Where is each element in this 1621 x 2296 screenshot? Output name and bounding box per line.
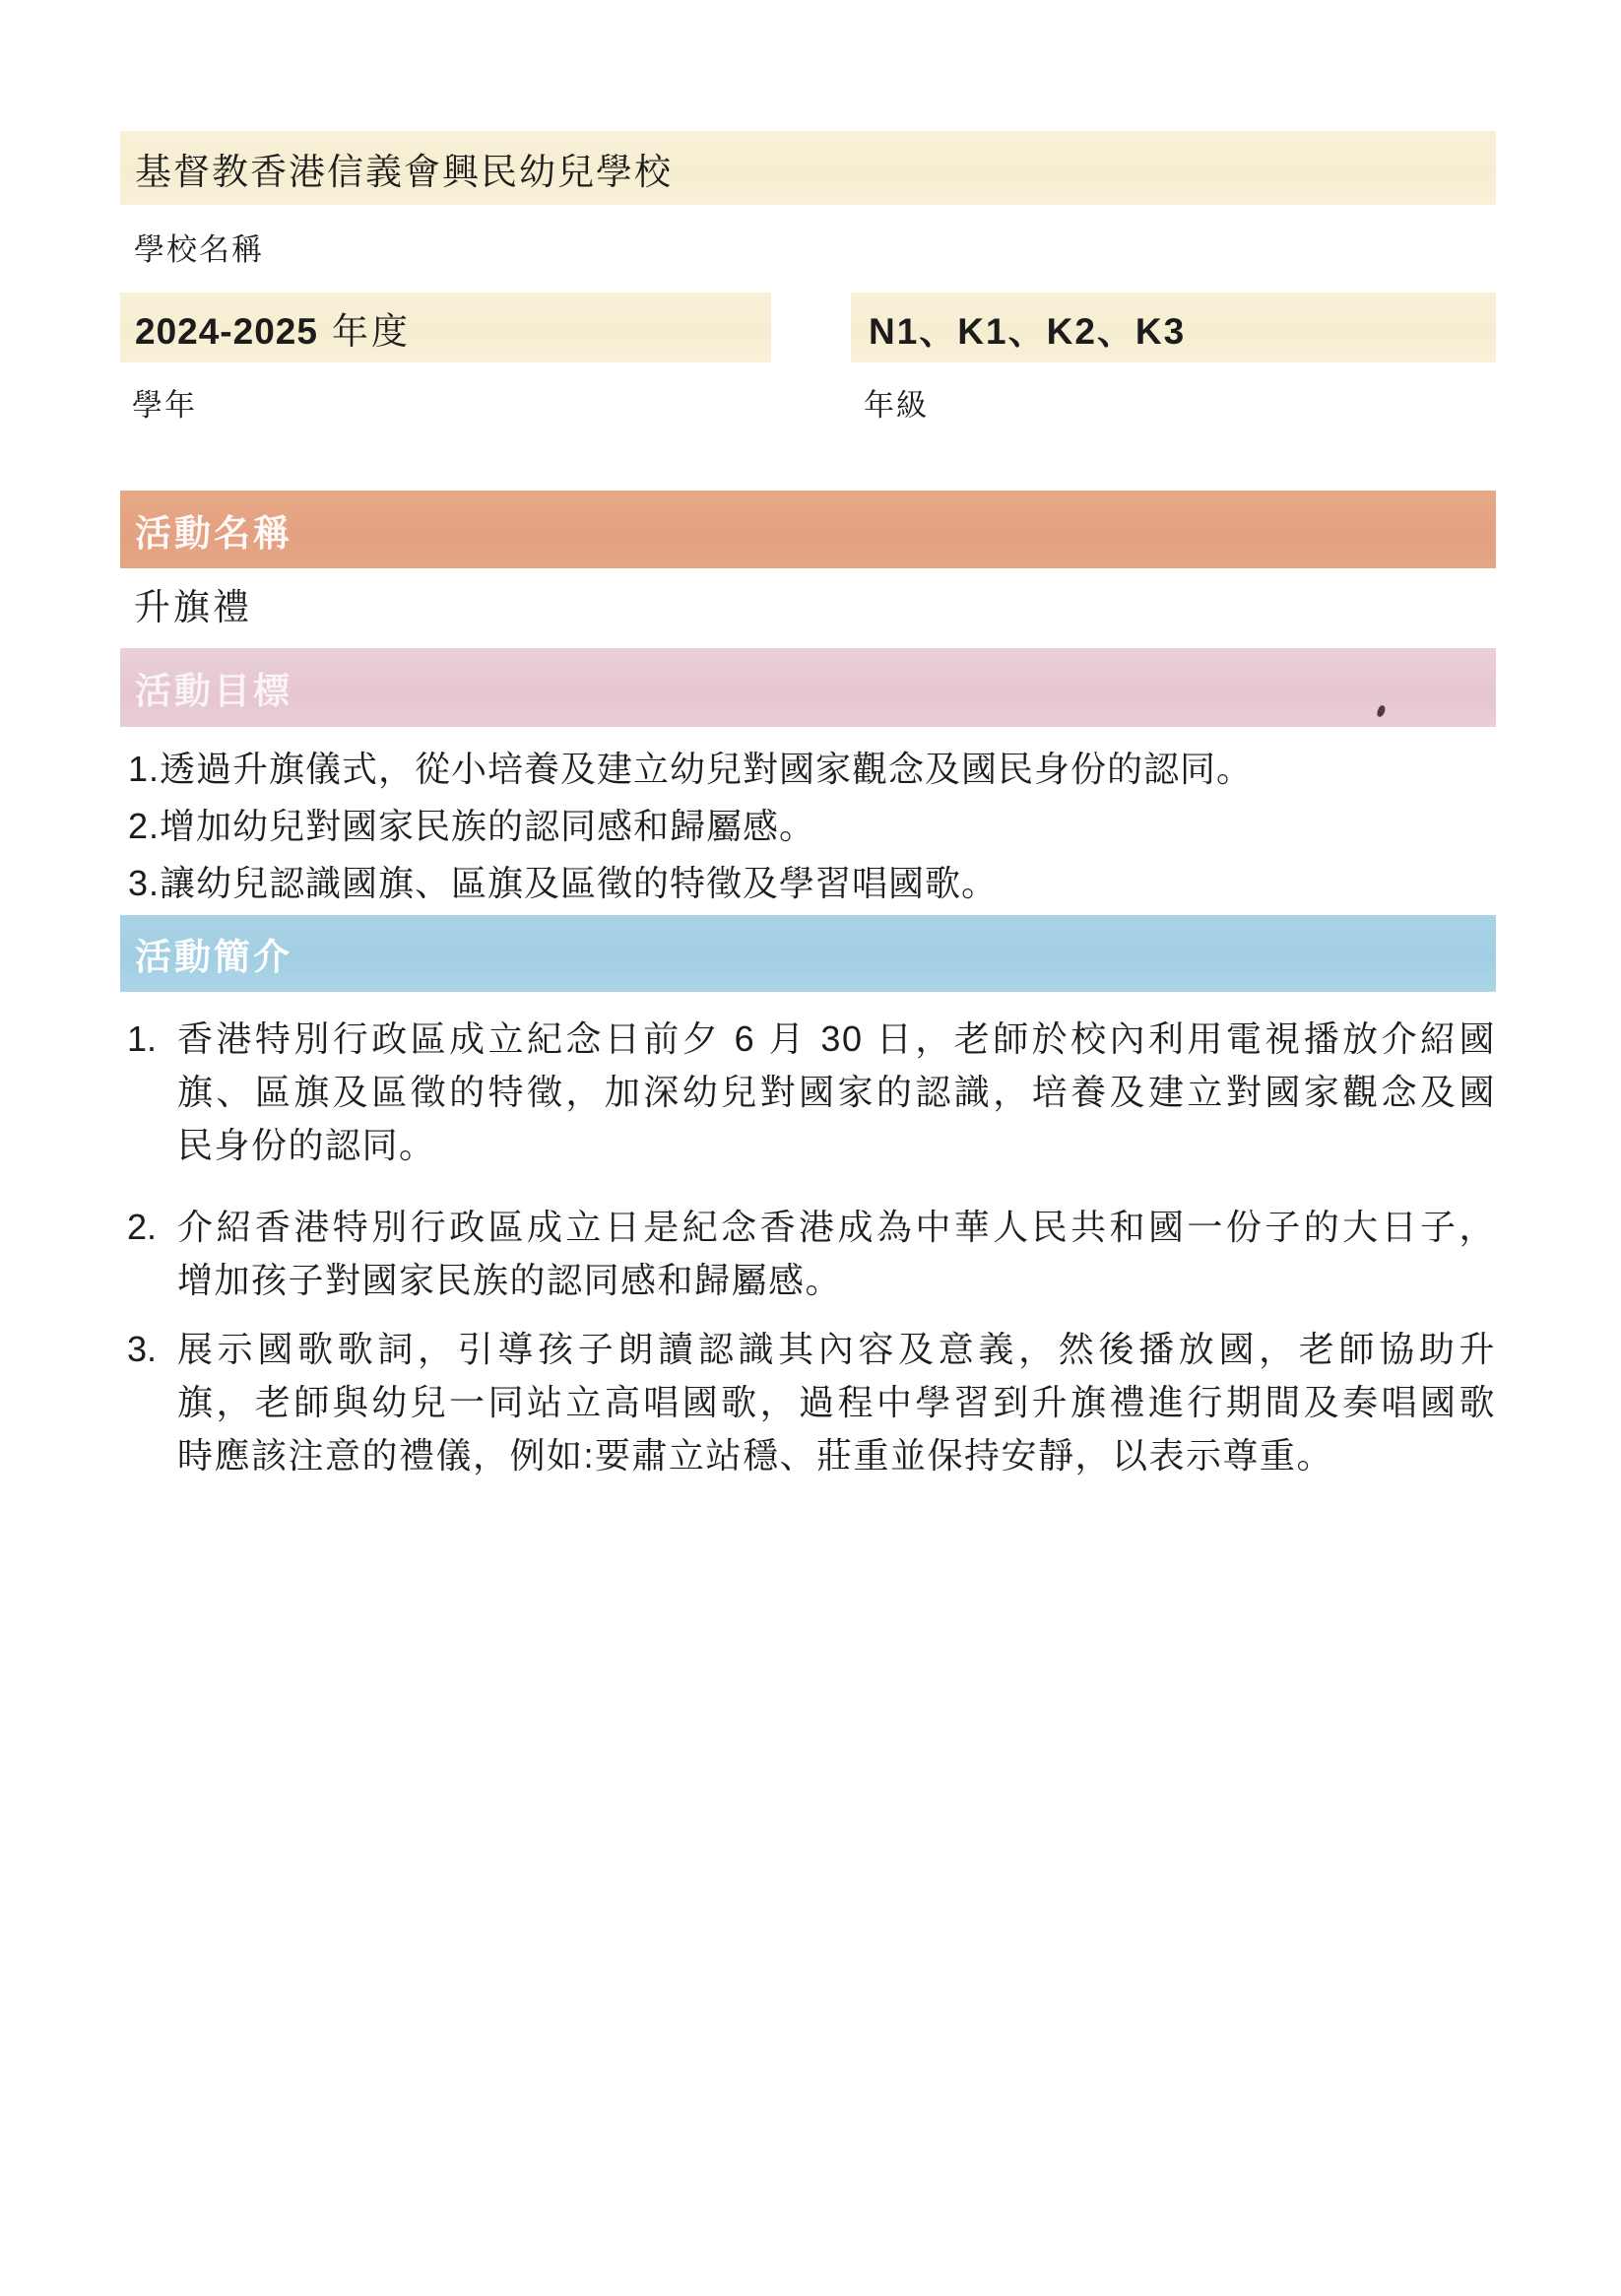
objectives-header-bar: 活動目標: [120, 648, 1496, 727]
activity-name-header-bar: 活動名稱: [120, 491, 1496, 568]
school-year-label: 學年: [132, 380, 197, 425]
paragraph-line: 介紹香港特別行政區成立日是紀念香港成為中華人民共和國一份子的大日子，: [177, 1201, 1496, 1254]
paragraph-number: 1.: [127, 1013, 157, 1066]
school-year-value: 2024-2025年度: [135, 301, 411, 355]
paragraph-line: 增加孩子對國家民族的認同感和歸屬感。: [177, 1254, 1496, 1307]
school-name-text: 基督教香港信義會興民幼兒學校: [135, 142, 673, 195]
paragraph-line: 民身份的認同。: [177, 1119, 1496, 1172]
objective-item: 2.增加幼兒對國家民族的認同感和歸屬感。: [128, 798, 1502, 855]
activity-name-header: 活動名稱: [135, 503, 292, 557]
school-year-suffix: 年度: [332, 311, 411, 352]
intro-paragraph: 2. 介紹香港特別行政區成立日是紀念香港成為中華人民共和國一份子的大日子， 增加…: [120, 1201, 1496, 1307]
objectives-header: 活動目標: [135, 661, 292, 714]
activity-name-value: 升旗禮: [134, 577, 252, 630]
objective-item: 3.讓幼兒認識國旗、區旗及區徵的特徵及學習唱國歌。: [128, 855, 1502, 912]
school-name-label: 學校名稱: [134, 225, 264, 269]
scanned-document-page: 基督教香港信義會興民幼兒學校 學校名稱 2024-2025年度 學年 N1、K1…: [0, 0, 1621, 2296]
school-year-bar: 2024-2025年度: [120, 293, 771, 362]
objective-item: 1.透過升旗儀式，從小培養及建立幼兒對國家觀念及國民身份的認同。: [128, 741, 1502, 798]
intro-paragraph: 3. 展示國歌歌詞，引導孩子朗讀認識其內容及意義，然後播放國，老師協助升 旗，老…: [120, 1323, 1496, 1482]
school-year-number: 2024-2025: [135, 311, 318, 352]
paragraph-line: 旗、區旗及區徵的特徵，加深幼兒對國家的認識，培養及建立對國家觀念及國: [177, 1066, 1496, 1119]
intro-paragraph: 1. 香港特別行政區成立紀念日前夕 6 月 30 日，老師於校內利用電視播放介紹…: [120, 1013, 1496, 1172]
introduction-header-bar: 活動簡介: [120, 915, 1496, 992]
grades-label: 年級: [864, 380, 929, 425]
paragraph-number: 3.: [127, 1323, 157, 1376]
objectives-list: 1.透過升旗儀式，從小培養及建立幼兒對國家觀念及國民身份的認同。 2.增加幼兒對…: [128, 741, 1502, 912]
grades-bar: N1、K1、K2、K3: [851, 293, 1496, 362]
paragraph-line: 旗，老師與幼兒一同站立高唱國歌，過程中學習到升旗禮進行期間及奏唱國歌: [177, 1376, 1496, 1429]
school-name-bar: 基督教香港信義會興民幼兒學校: [120, 131, 1496, 205]
paragraph-line: 香港特別行政區成立紀念日前夕 6 月 30 日，老師於校內利用電視播放介紹國: [177, 1013, 1496, 1066]
paragraph-line: 時應該注意的禮儀，例如:要肅立站穩、莊重並保持安靜，以表示尊重。: [177, 1429, 1496, 1482]
paragraph-line: 展示國歌歌詞，引導孩子朗讀認識其內容及意義，然後播放國，老師協助升: [177, 1323, 1496, 1376]
paragraph-number: 2.: [127, 1201, 157, 1254]
grades-value: N1、K1、K2、K3: [869, 301, 1186, 355]
introduction-header: 活動簡介: [135, 927, 292, 980]
